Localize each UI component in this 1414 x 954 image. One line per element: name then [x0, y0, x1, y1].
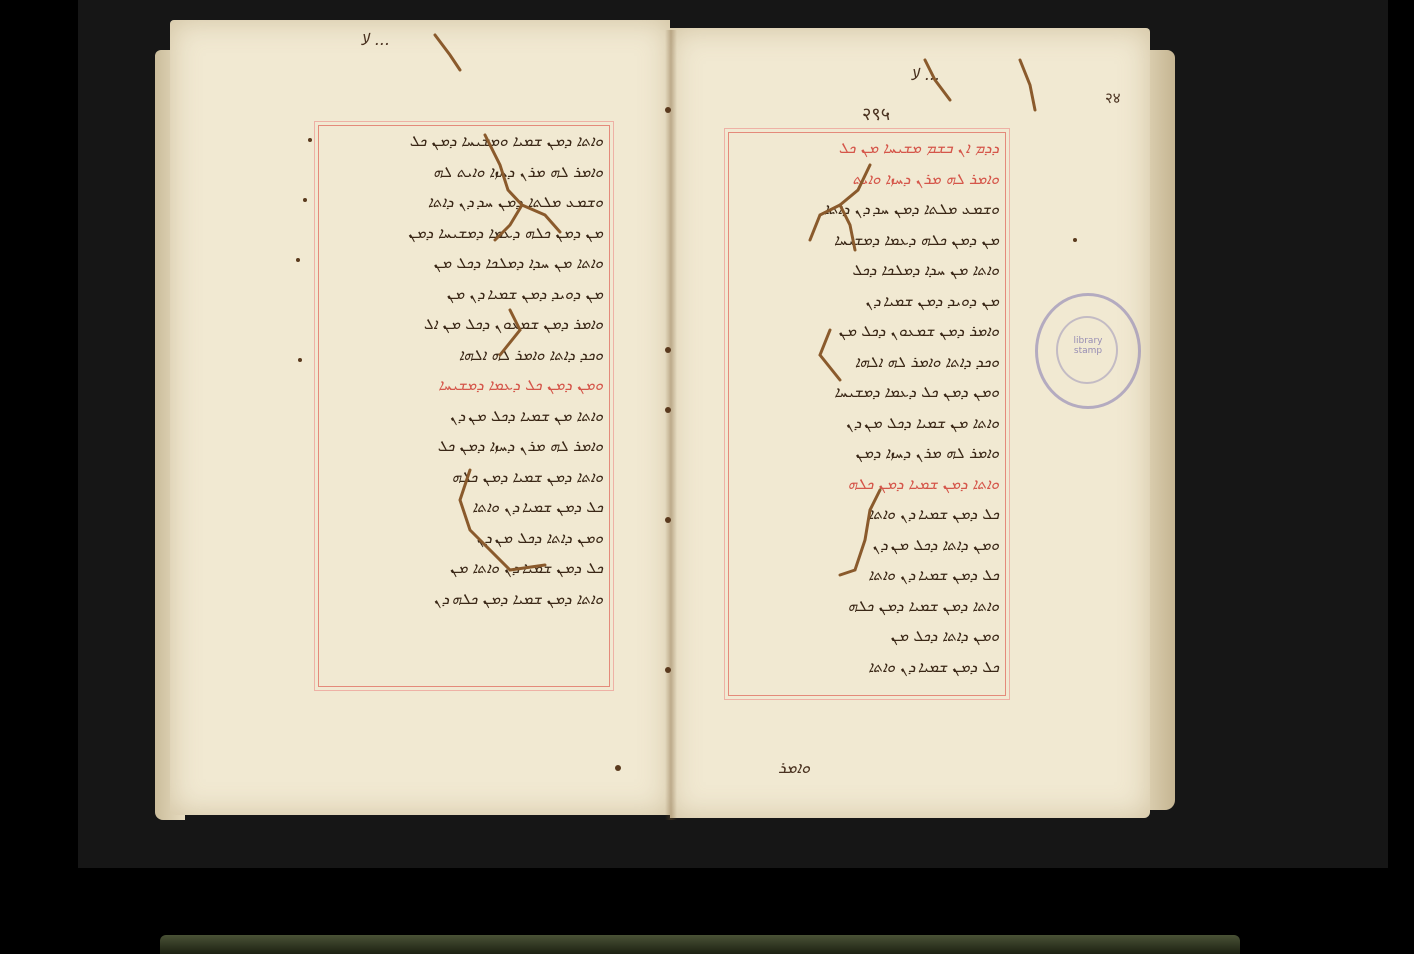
light-strip	[160, 935, 1240, 954]
rubric-line: ܘܐܡܪ ܠܗ ܡܪܢ ܕܚܙܐ ܘܐܝܬ	[729, 164, 1005, 195]
text-line: ܘܐܬܐ ܡܢ ܫܡܝܐ ܕܟܠ ܡܢ ܕܢ	[729, 408, 1005, 439]
text-line: ܘܡܢ ܕܐܬܐ ܕܟܠ ܡܢ ܕܢ	[729, 530, 1005, 561]
stamp-text: library stamp	[1060, 336, 1116, 356]
text-line: ܘܐܡܪ ܠܗ ܡܪܢ ܕܚܙܐ ܕܡܢ ܟܠ	[319, 431, 609, 462]
text-line: ܘܐܬܐ ܕܡܢ ܫܡܝܐ ܕܡܢ ܟܠܗ ܕܢ	[319, 584, 609, 615]
manuscript-book: لا ... لا ... २९५ २४ ܘܐܬܐ ܕܡܢ ܫܡܝܐ ܘܡܫܝܚ…	[150, 10, 1180, 840]
text-line: ܘܐܡܪ ܠܗ ܡܪܢ ܕܚܙܐ ܘܐܝܬ ܠܗ	[319, 157, 609, 188]
text-line: ܘܫܡܥ ܡܠܬܐ ܕܡܢ ܚܕ ܕܢ ܕܐܬܐ	[729, 194, 1005, 225]
text-line: ܘܡܢ ܕܐܬܐ ܕܟܠ ܡܢ	[729, 621, 1005, 652]
text-line: ܡܢ ܕܡܢ ܟܠܗ ܕܥܡܐ ܕܡܫܝܚܐ	[729, 225, 1005, 256]
left-text-block: ܘܐܬܐ ܕܡܢ ܫܡܝܐ ܘܡܫܝܚܐ ܕܡܢ ܟܠܘܐܡܪ ܠܗ ܡܪܢ ܕ…	[318, 125, 610, 687]
text-line: ܟܠ ܕܡܢ ܫܡܝܐ ܕܢ ܘܐܬܐ	[319, 492, 609, 523]
left-top-marginalia: لا ...	[360, 30, 389, 49]
text-line: ܘܐܬܐ ܡܢ ܫܡܝܐ ܕܟܠ ܡܢ ܕܢ	[319, 401, 609, 432]
text-line: ܘܐܬܐ ܡܢ ܚܕܐ ܕܡܠܟܐ ܕܟܠ ܡܢ	[319, 248, 609, 279]
text-line: ܟܠ ܕܡܢ ܫܡܝܐ ܕܢ ܘܐܬܐ ܡܢ	[319, 553, 609, 584]
library-stamp: library stamp	[1035, 293, 1141, 409]
text-line: ܘܟܕ ܕܐܬܐ ܘܐܡܪ ܠܗ ܐܠܗܐ	[319, 340, 609, 371]
rubric-line: ܕܕܡ ܐܢ ܒܫܡ ܡܫܝܚܐ ܡܢ ܟܠ	[729, 133, 1005, 164]
text-line: ܘܟܕ ܕܐܬܐ ܘܐܡܪ ܠܗ ܐܠܗܐ	[729, 347, 1005, 378]
text-line: ܘܐܬܐ ܕܡܢ ܫܡܝܐ ܕܡܢ ܟܠܗ	[729, 591, 1005, 622]
text-line: ܘܡܢ ܕܐܬܐ ܕܟܠ ܡܢ ܕܢ	[319, 523, 609, 554]
text-line: ܘܫܡܥ ܡܠܬܐ ܕܡܢ ܚܕ ܕܢ ܕܐܬܐ	[319, 187, 609, 218]
right-text-block: ܕܕܡ ܐܢ ܒܫܡ ܡܫܝܚܐ ܡܢ ܟܠܘܐܡܪ ܠܗ ܡܪܢ ܕܚܙܐ ܘ…	[728, 132, 1006, 696]
text-line: ܘܐܡܪ ܕܡܢ ܫܡܥܘܢ ܕܟܠ ܡܢ ܐܠ	[319, 309, 609, 340]
text-line: ܡܢ ܕܡܢ ܟܠܗ ܕܥܡܐ ܕܡܫܝܚܐ ܕܡܢ	[319, 218, 609, 249]
book-gutter	[665, 30, 677, 820]
rubric-line: ܘܡܢ ܕܡܢ ܟܠ ܕܥܡܐ ܕܡܫܝܚܐ	[319, 370, 609, 401]
text-line: ܘܐܡܪ ܕܡܢ ܫܡܥܘܢ ܕܟܠ ܡܢ	[729, 316, 1005, 347]
text-line: ܘܡܢ ܕܡܢ ܟܠ ܕܥܡܐ ܕܡܫܝܚܐ	[729, 377, 1005, 408]
right-top-marginalia: لا ...	[910, 65, 939, 84]
text-line: ܘܐܬܐ ܕܡܢ ܫܡܝܐ ܘܡܫܝܚܐ ܕܡܢ ܟܠ	[319, 126, 609, 157]
rubric-line: ܘܐܬܐ ܕܡܢ ܫܡܝܐ ܕܡܢ ܟܠܗ	[729, 469, 1005, 500]
text-line: ܡܢ ܕܘܝܕ ܕܡܢ ܫܡܝܐ ܕܢ	[729, 286, 1005, 317]
text-line: ܘܐܡܪ ܠܗ ܡܪܢ ܕܚܙܐ ܕܡܢ	[729, 438, 1005, 469]
catchword: ܘܐܡܪ	[778, 758, 810, 778]
text-line: ܟܠ ܕܡܢ ܫܡܝܐ ܕܢ ܘܐܬܐ	[729, 499, 1005, 530]
text-line: ܡܢ ܕܘܝܕ ܕܡܢ ܫܡܝܐ ܕܢ ܡܢ	[319, 279, 609, 310]
text-line: ܟܠ ܕܡܢ ܫܡܝܐ ܕܢ ܘܐܬܐ	[729, 652, 1005, 683]
corner-number: २४	[1105, 88, 1121, 108]
text-line: ܘܐܬܐ ܕܡܢ ܫܡܝܐ ܕܡܢ ܟܠܗ	[319, 462, 609, 493]
folio-number: २९५	[862, 102, 890, 126]
text-line: ܘܐܬܐ ܡܢ ܚܕܐ ܕܡܠܟܐ ܕܟܠ	[729, 255, 1005, 286]
text-line: ܟܠ ܕܡܢ ܫܡܝܐ ܕܢ ܘܐܬܐ	[729, 560, 1005, 591]
